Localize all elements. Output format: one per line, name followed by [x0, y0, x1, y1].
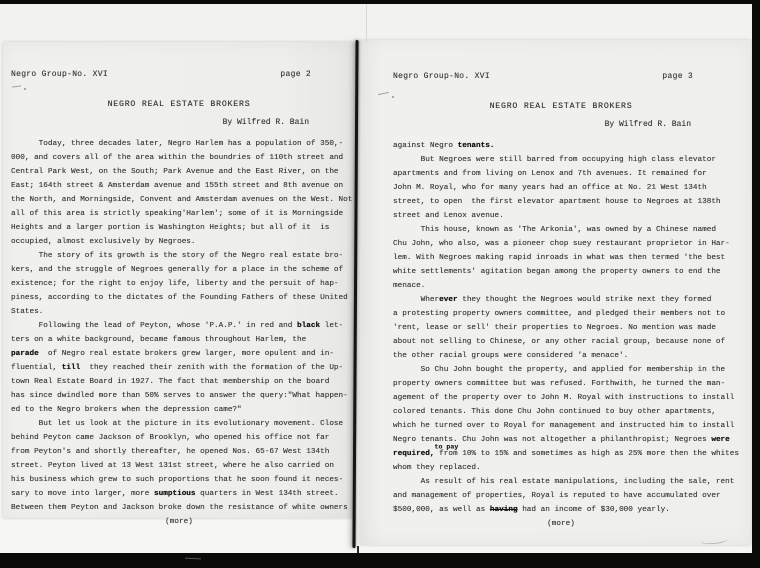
text-line: existence; for the right to enjoy life, … — [11, 277, 347, 291]
page-fold-seam-top — [366, 4, 367, 42]
text-line: Wherever they thought the Negroes would … — [393, 293, 729, 307]
page-body-text: Today, three decades later, Negro Harlem… — [11, 137, 347, 515]
text-line: street. Peyton lived at 13 West 131st st… — [11, 459, 347, 473]
text-line: all of this area is strictly speaking'Ha… — [11, 207, 347, 221]
text-line: kers, and the struggle of Negroes genera… — [11, 263, 347, 277]
text-line: white settlements' agitation began among… — [393, 265, 729, 279]
group-label: Negro Group-No. XVI — [11, 68, 108, 82]
text-line: property owners committee but was refuse… — [393, 377, 729, 391]
text-line: But Negroes were still barred from occup… — [393, 153, 729, 167]
text-line: Between them Peyton and Jackson broke do… — [11, 501, 347, 515]
text-line: This house, known as 'The Arkonia', was … — [393, 223, 729, 237]
article-title: NEGRO REAL ESTATE BROKERS — [393, 100, 729, 114]
smudge-dot — [392, 96, 394, 98]
article-title: NEGRO REAL ESTATE BROKERS — [11, 98, 347, 112]
text-line: and management of properties, Royal is r… — [393, 489, 729, 503]
text-line: fluential, till they reached their zenit… — [11, 361, 347, 375]
text-line: parade of Negro real estate brokers grew… — [11, 347, 347, 361]
text-line: his business which grew to such proporti… — [11, 473, 347, 487]
text-line: ters on a white background, became famou… — [11, 333, 347, 347]
photo-frame-bottom — [0, 553, 760, 568]
text-line: Chu John, who also, was a pioneer chop s… — [393, 237, 729, 251]
document-page-2: Negro Group-No. XVI page 2 NEGRO REAL ES… — [3, 42, 353, 518]
text-line: against Negro tenants. — [393, 139, 729, 153]
text-line: the North, and Morningside, Convent and … — [11, 193, 347, 207]
text-line: 000, and covers all of the area within t… — [11, 151, 347, 165]
text-line: the other racial groups were considered … — [393, 349, 729, 363]
text-line: But let us look at the picture in its ev… — [11, 417, 347, 431]
continuation-mark: (more) — [11, 515, 347, 529]
byline: By Wilfred R. Bain — [11, 116, 347, 130]
page-header: Negro Group-No. XVI page 3 — [393, 70, 729, 84]
text-line: piness, according to the dictates of the… — [11, 291, 347, 305]
scanned-document-photo: Negro Group-No. XVI page 2 NEGRO REAL ES… — [0, 0, 760, 568]
byline: By Wilfred R. Bain — [393, 118, 729, 132]
text-line: As result of his real estate manipulatio… — [393, 475, 729, 489]
page-number: page 3 — [662, 70, 693, 84]
page-header: Negro Group-No. XVI page 2 — [11, 68, 347, 82]
text-line: Following the lead of Peyton, whose 'P.A… — [11, 319, 347, 333]
text-line: occupied, almost exclusively by Negroes. — [11, 235, 347, 249]
text-line: Central Park West, on the South; Park Av… — [11, 165, 347, 179]
text-line: apartments and from living on Lenox and … — [393, 167, 729, 181]
text-line: from Peyton's and shortly thereafter, he… — [11, 445, 347, 459]
document-page-3: Negro Group-No. XVI page 3 NEGRO REAL ES… — [360, 40, 751, 545]
text-line: 'rent, lease or sell' their properties t… — [393, 321, 729, 335]
text-line: ed to the Negro brokers when the depress… — [11, 403, 347, 417]
text-line: So Chu John bought the property, and app… — [393, 363, 729, 377]
text-line: sary to move into larger, more sumptious… — [11, 487, 347, 501]
smudge-dot — [24, 88, 26, 90]
text-line: street, to open the first elevator apart… — [393, 195, 729, 209]
page-number: page 2 — [280, 68, 311, 82]
text-line: lem. With Negroes making rapid inroads i… — [393, 251, 729, 265]
text-line: John M. Royal, who for many years had an… — [393, 181, 729, 195]
text-line: Heights and a larger portion is Washingt… — [11, 221, 347, 235]
photo-frame-right — [752, 0, 760, 568]
text-line: $500,000, as well as having had an incom… — [393, 503, 729, 517]
text-line: about not selling to Chinese, or any oth… — [393, 335, 729, 349]
text-line: whom they replaced. — [393, 461, 729, 475]
text-line: States. — [11, 305, 347, 319]
page-fold-seam-bottom — [357, 546, 359, 553]
page-body-text: against Negro tenants. But Negroes were … — [393, 139, 729, 517]
text-line: which he turned over to Royal for manage… — [393, 419, 729, 433]
text-line: Today, three decades later, Negro Harlem… — [11, 137, 347, 151]
continuation-mark: (more) — [393, 517, 729, 531]
text-line: The story of its growth is the story of … — [11, 249, 347, 263]
text-line: behind Peyton came Jackson of Brooklyn, … — [11, 431, 347, 445]
text-line: colored tenants. This done Chu John cont… — [393, 405, 729, 419]
text-line: agement of the property over to John M. … — [393, 391, 729, 405]
text-line: East; 164th street & Amsterdam avenue an… — [11, 179, 347, 193]
text-line: required,to pay from 10% to 15% and some… — [393, 447, 729, 461]
text-line: menace. — [393, 279, 729, 293]
group-label: Negro Group-No. XVI — [393, 70, 490, 84]
text-line: a protesting property owners committee, … — [393, 307, 729, 321]
text-line: town Real Estate Board in 1927. The fact… — [11, 375, 347, 389]
text-line: street and Lenox avenue. — [393, 209, 729, 223]
text-line: has since dwindled more than 50% serves … — [11, 389, 347, 403]
